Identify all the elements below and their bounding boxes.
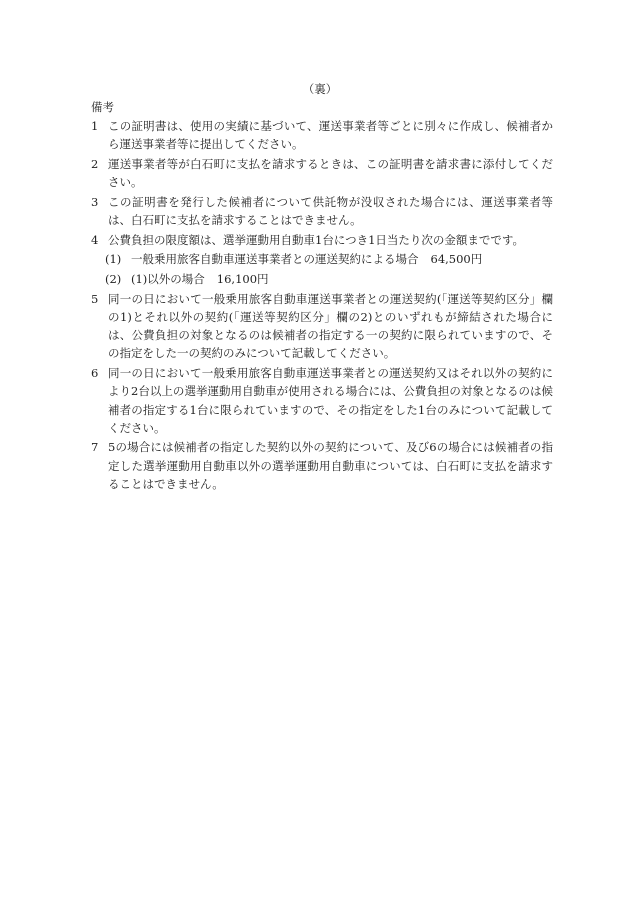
remark-number: 2	[91, 155, 103, 173]
remark-text: 同一の日において一般乗用旅客自動車運送事業者との運送契約(「運送等契約区分」欄の…	[108, 292, 553, 361]
remark-item-3: 3 この証明書を発行した候補者について供託物が没収された場合には、運送事業者等は…	[91, 193, 553, 229]
remark-item-1: 1 この証明書は、使用の実績に基づいて、運送事業者等ごとに別々に作成し、候補者か…	[91, 117, 553, 153]
subitem-amount: 64,500円	[431, 252, 483, 266]
remarks-heading: 備考	[91, 98, 114, 116]
subitem-amount: 16,100円	[217, 272, 269, 286]
subitem-number: (1)	[105, 250, 121, 268]
remark-text: 同一の日において一般乗用旅客自動車運送事業者との運送契約又はそれ以外の契約により…	[108, 366, 553, 435]
remark-number: 3	[91, 193, 103, 211]
page-side-label: （裏）	[0, 80, 630, 98]
subitem-number: (2)	[105, 270, 121, 288]
subitem-text: 一般乗用旅客自動車運送事業者との運送契約による場合	[131, 252, 419, 266]
remark-text: 5の場合には候補者の指定した契約以外の契約について、及び6の場合には候補者の指定…	[108, 440, 553, 490]
document-page: （裏） 備考 1 この証明書は、使用の実績に基づいて、運送事業者等ごとに別々に作…	[0, 0, 630, 903]
remark-item-2: 2 運送事業者等が白石町に支払を請求するときは、この証明書を請求書に添付してくだ…	[91, 155, 553, 191]
remark-item-6: 6 同一の日において一般乗用旅客自動車運送事業者との運送契約又はそれ以外の契約に…	[91, 364, 553, 437]
remark-number: 7	[91, 438, 103, 456]
remark-item-5: 5 同一の日において一般乗用旅客自動車運送事業者との運送契約(「運送等契約区分」…	[91, 290, 553, 363]
remark-text: 公費負担の限度額は、選挙運動用自動車1台につき1日当たり次の金額までです。	[108, 233, 524, 247]
remark-text: この証明書は、使用の実績に基づいて、運送事業者等ごとに別々に作成し、候補者から運…	[108, 119, 553, 151]
remark-item-7: 7 5の場合には候補者の指定した契約以外の契約について、及び6の場合には候補者の…	[91, 438, 553, 493]
remark-number: 4	[91, 231, 103, 249]
remark-number: 6	[91, 364, 103, 382]
remarks-list: 1 この証明書は、使用の実績に基づいて、運送事業者等ごとに別々に作成し、候補者か…	[91, 117, 553, 495]
remark-text: この証明書を発行した候補者について供託物が没収された場合には、運送事業者等は、白…	[108, 195, 553, 227]
subitem-text: (1)以外の場合	[131, 272, 205, 286]
remark-number: 5	[91, 290, 103, 308]
remark-subitem-1: (1) 一般乗用旅客自動車運送事業者との運送契約による場合64,500円	[91, 250, 553, 268]
remark-item-4: 4 公費負担の限度額は、選挙運動用自動車1台につき1日当たり次の金額までです。	[91, 231, 553, 249]
remark-text: 運送事業者等が白石町に支払を請求するときは、この証明書を請求書に添付してください…	[108, 157, 553, 189]
remark-subitem-2: (2) (1)以外の場合16,100円	[91, 270, 553, 288]
remark-number: 1	[91, 117, 103, 135]
